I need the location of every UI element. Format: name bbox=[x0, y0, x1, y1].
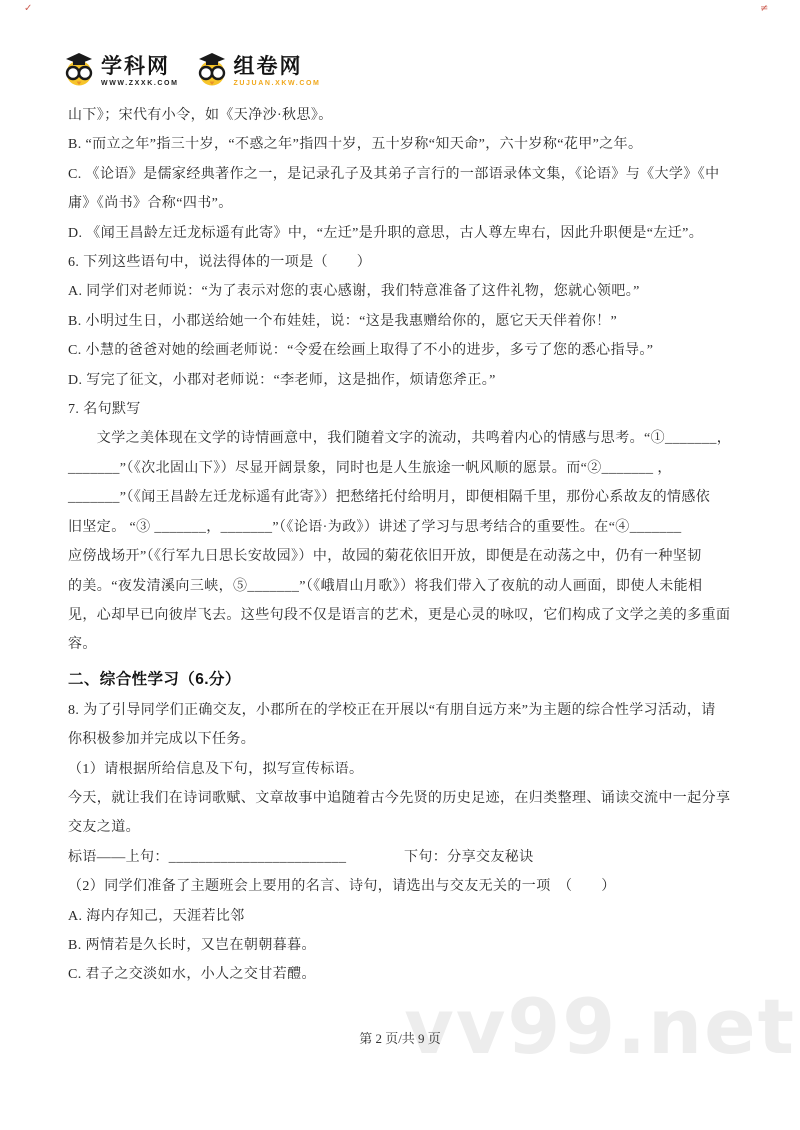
page-number-indicator: 第 2 页/共 9 页 bbox=[359, 1031, 441, 1046]
text-line: A. 海内存知己，天涯若比邻 bbox=[68, 902, 746, 931]
text-line: 庸》《尚书》合称“四书”。 bbox=[68, 189, 746, 218]
text-line: 文学之美体现在文学的诗情画意中，我们随着文字的流动，共鸣着内心的情感与思考。“①… bbox=[68, 424, 746, 453]
text-line: （1）请根据所给信息及下句，拟写宣传标语。 bbox=[68, 755, 746, 784]
red-annotation-mark-left: ✓ bbox=[24, 3, 32, 14]
text-line: D. 写完了征文，小郡对老师说：“李老师，这是拙作，烦请您斧正。” bbox=[68, 366, 746, 395]
text-line: 8. 为了引导同学们正确交友，小郡所在的学校正在开展以“有朋自远方来”为主题的综… bbox=[68, 696, 746, 725]
owl-mascot-icon bbox=[195, 50, 229, 93]
logo-url-zujuanwang: ZUJUAN.XKW.COM bbox=[234, 80, 321, 87]
text-line: 6. 下列这些语句中，说法得体的一项是（ ） bbox=[68, 248, 746, 277]
watermark: vv99.net bbox=[404, 982, 796, 1071]
text-line: C. 君子之交淡如水，小人之交甘若醴。 bbox=[68, 960, 746, 989]
logo-name-zujuanwang: 组卷网 bbox=[234, 56, 321, 77]
text-line: C. 小慧的爸爸对她的绘画老师说：“令爱在绘画上取得了不小的进步，多亏了您的悉心… bbox=[68, 336, 746, 365]
red-annotation-mark-right: ≠ bbox=[760, 3, 768, 14]
logo-url-xuekewang: WWW.ZXXK.COM bbox=[101, 80, 179, 87]
text-line: （2）同学们准备了主题班会上要用的名言、诗句，请选出与交友无关的一项 （ ） bbox=[68, 872, 746, 901]
text-line: 应傍战场开”（《行军九日思长安故园》）中，故园的菊花依旧开放，即便是在动荡之中，… bbox=[68, 542, 746, 571]
text-line: A. 同学们对老师说：“为了表示对您的衷心感谢，我们特意准备了这件礼物，您就心领… bbox=[68, 277, 746, 306]
text-line: 山下》；宋代有小令，如《天净沙·秋思》。 bbox=[68, 101, 746, 130]
owl-mascot-icon bbox=[62, 50, 96, 93]
text-line: 容。 bbox=[68, 630, 746, 659]
text-line: C. 《论语》是儒家经典著作之一，是记录孔子及其弟子言行的一部语录体文集，《论语… bbox=[68, 160, 746, 189]
text-line: 标语——上句：________________________ 下句：分享交友秘… bbox=[68, 843, 746, 872]
text-line: B. 小明过生日，小郡送给她一个布娃娃，说：“这是我惠赠给你的，愿它天天伴着你！… bbox=[68, 307, 746, 336]
document-body: 山下》；宋代有小令，如《天净沙·秋思》。B. “而立之年”指三十岁，“不惑之年”… bbox=[68, 101, 746, 990]
text-line: B. “而立之年”指三十岁，“不惑之年”指四十岁，五十岁称“知天命”，六十岁称“… bbox=[68, 130, 746, 159]
text-line: 见，心却早已向彼岸飞去。这些句段不仅是语言的艺术，更是心灵的咏叹，它们构成了文学… bbox=[68, 601, 746, 630]
text-line: 旧坚定。 “③ _______，_______”（《论语·为政》）讲述了学习与思… bbox=[68, 513, 746, 542]
page-footer: 第 2 页/共 9 页 bbox=[0, 1028, 800, 1047]
text-line: 交友之道。 bbox=[68, 813, 746, 842]
text-line: _______”（《次北固山下》）尽显开阔景象，同时也是人生旅途一帆风顺的愿景。… bbox=[68, 454, 746, 483]
text-line: 你积极参加并完成以下任务。 bbox=[68, 725, 746, 754]
text-line: _______”（《闻王昌龄左迁龙标遥有此寄》）把愁绪托付给明月，即便相隔千里，… bbox=[68, 483, 746, 512]
section-heading: 二、综合性学习（6.分） bbox=[68, 660, 746, 696]
text-line: 的美。“夜发清溪向三峡，⑤_______”（《峨眉山月歌》）将我们带入了夜航的动… bbox=[68, 572, 746, 601]
text-line: 7. 名句默写 bbox=[68, 395, 746, 424]
logo-zujuanwang: 组卷网 ZUJUAN.XKW.COM bbox=[195, 50, 321, 93]
logo-xuekewang: 学科网 WWW.ZXXK.COM bbox=[62, 50, 179, 93]
text-line: B. 两情若是久长时，又岂在朝朝暮暮。 bbox=[68, 931, 746, 960]
text-line: 今天，就让我们在诗词歌赋、文章故事中追随着古今先贤的历史足迹，在归类整理、诵读交… bbox=[68, 784, 746, 813]
text-line: D. 《闻王昌龄左迁龙标遥有此寄》中，“左迁”是升职的意思，古人尊左卑右，因此升… bbox=[68, 219, 746, 248]
logo-name-xuekewang: 学科网 bbox=[101, 56, 179, 77]
site-logos-header: 学科网 WWW.ZXXK.COM 组卷网 ZUJUAN.XKW.COM bbox=[62, 50, 321, 93]
